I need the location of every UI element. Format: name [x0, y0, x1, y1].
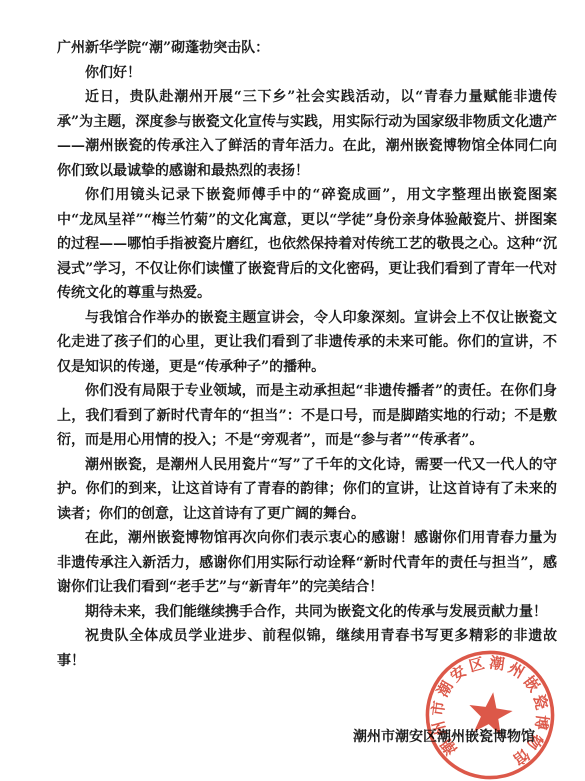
letter-salutation: 广州新华学院“潮”砌蓬勃突击队：: [57, 36, 557, 61]
letter-body: 广州新华学院“潮”砌蓬勃突击队： 你们好！ 近日，贵队赴潮州开展“三下乡”社会实…: [57, 36, 557, 750]
letter-paragraph: 你们用镜头记录下嵌瓷师傅手中的“碎瓷成画”，用文字整理出嵌瓷图案中“龙凤呈祥”“…: [57, 183, 557, 306]
letter-paragraph: 在此，潮州嵌瓷博物馆再次向你们表示衷心的感谢！感谢你们用青春力量为非遗传承注入新…: [57, 526, 557, 600]
letter-paragraph: 你们没有局限于专业领域，而是主动承担起“非遗传播者”的责任。在你们身上，我们看到…: [57, 379, 557, 453]
letter-page: 广州新华学院“潮”砌蓬勃突击队： 你们好！ 近日，贵队赴潮州开展“三下乡”社会实…: [0, 0, 585, 781]
letter-greeting: 你们好！: [57, 61, 557, 86]
letter-paragraph: 潮州嵌瓷，是潮州人民用瓷片“写”了千年的文化诗，需要一代又一代人的守护。你们的到…: [57, 453, 557, 527]
letter-paragraph: 与我馆合作举办的嵌瓷主题宣讲会，令人印象深刻。宣讲会上不仅让嵌瓷文化走进了孩子们…: [57, 306, 557, 380]
letter-paragraph: 近日，贵队赴潮州开展“三下乡”社会实践活动，以“青春力量赋能非遗传承”为主题，深…: [57, 85, 557, 183]
letter-paragraph: 祝贵队全体成员学业进步、前程似锦，继续用青春书写更多精彩的非遗故事！: [57, 624, 557, 673]
letter-paragraph: 期待未来，我们能继续携手合作，共同为嵌瓷文化的传承与发展贡献力量！: [57, 600, 557, 625]
signature-line: 潮州市潮安区潮州嵌瓷博物馆: [57, 725, 535, 750]
